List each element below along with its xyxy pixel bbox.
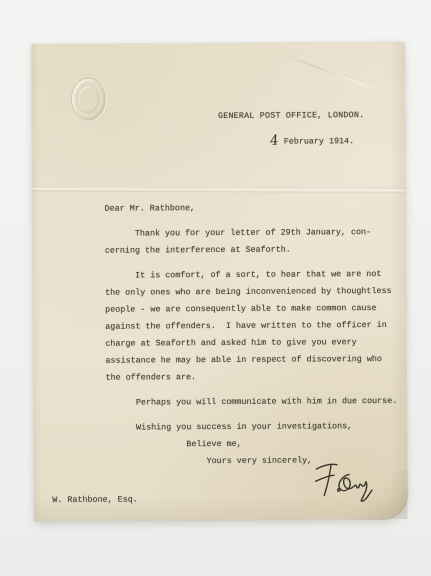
typed-line: people - we are consequently able to mak… [105,300,397,319]
typed-line: Dear Mr. Rathbone, [105,199,397,218]
typed-line: Wishing you success in your investigatio… [106,418,398,437]
embossed-seal [71,78,106,121]
paragraph: It is comfort, of a sort, to hear that w… [105,266,397,387]
typed-line: assistance he may be able in respect of … [105,351,397,370]
typed-line: cerning the interference at Seaforth. [105,241,397,260]
signature-svg [289,454,376,513]
typed-date: February 1914. [284,136,354,146]
typed-line: Perhaps you will communicate with him in… [106,393,398,412]
letterhead: GENERAL POST OFFICE, LONDON. [218,107,364,125]
handwritten-day-numeral: 4 [269,132,279,150]
typed-line: the only ones who are being inconvenienc… [105,283,397,302]
typed-line: charge at Seaforth and asked him to give… [105,334,397,353]
diagonal-crease [283,54,401,100]
typed-line: against the offenders. I have written to… [105,317,397,336]
fold-crease [32,186,405,194]
paragraph: Perhaps you will communicate with him in… [106,393,398,412]
paragraph: Dear Mr. Rathbone, [105,199,397,218]
typed-line: the offenders are. [106,368,398,387]
paper-left-edge-shading [32,44,43,521]
addressee: W. Rathbone, Esq. [52,492,138,510]
photo-backdrop: GENERAL POST OFFICE, LONDON. 4February 1… [0,0,431,576]
signature-scribble [289,454,377,518]
letter-body: Dear Mr. Rathbone, Thank you for your le… [105,199,398,471]
typed-line: Thank you for your letter of 29th Januar… [105,224,397,243]
embossed-seal-inner-ring [77,85,100,114]
paragraph: Thank you for your letter of 29th Januar… [105,224,397,260]
typed-line: Believe me, [106,435,398,454]
letter-paper: GENERAL POST OFFICE, LONDON. 4February 1… [32,42,408,521]
typed-line: It is comfort, of a sort, to hear that w… [105,266,397,285]
date-line: 4February 1914. [270,132,354,151]
